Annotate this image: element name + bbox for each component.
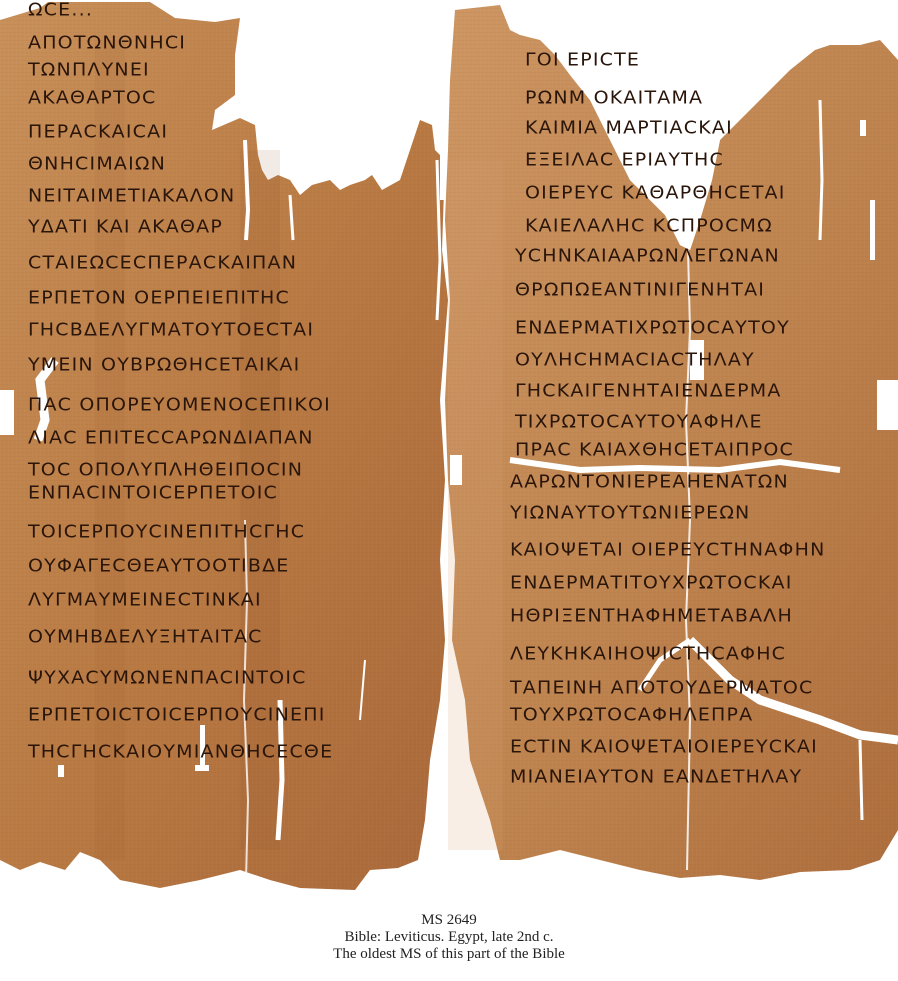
manuscript-line: ΨΥΧΑϹΥΜΩΝΕΝΠΑϹΙΝΤΟΙϹ — [28, 668, 307, 688]
manuscript-line: ΩϹΕ... — [28, 0, 93, 20]
caption-manuscript-id: MS 2649 — [0, 912, 898, 929]
manuscript-line: ΑΑΡΩΝΤΟΝΙΕΡΕΑΗΕΝΑΤΩΝ — [510, 472, 789, 492]
manuscript-line: ΚΑΙΟΨΕΤΑΙ ΟΙΕΡΕΥϹΤΗΝΑΦΗΝ — [510, 540, 825, 560]
manuscript-line: ΟΥΜΗΒΔΕΛΥΞΗΤΑΙΤΑϹ — [28, 627, 263, 647]
manuscript-line: ΠΡΑϹ ΚΑΙΑΧΘΗϹΕΤΑΙΠΡΟϹ — [515, 440, 794, 460]
manuscript-line: ΗΘΡΙΞΕΝΤΗΑΦΗΜΕΤΑΒΑΛΗ — [510, 606, 793, 626]
manuscript-line: ΛΥΓΜΑΥΜΕΙΝΕϹΤΙΝΚΑΙ — [28, 590, 262, 610]
caption-note: The oldest MS of this part of the Bible — [0, 946, 898, 963]
manuscript-line: ΓΗϹΚΑΙΓΕΝΗΤΑΙΕΝΔΕΡΜΑ — [515, 381, 782, 401]
manuscript-line: ΜΙΑΝΕΙΑΥΤΟΝ ΕΑΝΔΕΤΗΛΑΥ — [510, 767, 802, 787]
manuscript-line: ΕΡΠΕΤΟΙϹΤΟΙϹΕΡΠΟΥϹΙΝΕΠΙ — [28, 705, 326, 725]
manuscript-line: ΕϹΤΙΝ ΚΑΙΟΨΕΤΑΙΟΙΕΡΕΥϹΚΑΙ — [510, 737, 818, 757]
manuscript-line: ΕΝΔΕΡΜΑΤΙΧΡΩΤΟϹΑΥΤΟΥ — [515, 318, 790, 338]
manuscript-line: ΟΥΦΑΓΕϹΘΕΑΥΤΟΟΤΙΒΔΕ — [28, 556, 290, 576]
manuscript-line: ΤΙΧΡΩΤΟϹΑΥΤΟΥΑΦΗΛΕ — [515, 412, 763, 432]
manuscript-line: ΤΟΥΧΡΩΤΟϹΑΦΗΛΕΠΡΑ — [510, 705, 753, 725]
manuscript-line: ΟΙΕΡΕΥϹ ΚΑΘΑΡΘΗϹΕΤΑΙ — [525, 183, 786, 203]
manuscript-line: ΟΥΛΗϹΗΜΑϹΙΑϹΤΗΛΑΥ — [515, 350, 755, 370]
manuscript-line: ΥΙΩΝΑΥΤΟΥΤΩΝΙΕΡΕΩΝ — [510, 503, 750, 523]
caption-description: Bible: Leviticus. Egypt, late 2nd c. — [0, 929, 898, 946]
manuscript-line: ΚΑΙΜΙΑ ΜΑΡΤΙΑϹΚΑΙ — [525, 118, 733, 138]
manuscript-line: ΤΟϹ ΟΠΟΛΥΠΛΗΘΕΙΠΟϹΙΝ — [28, 460, 303, 480]
manuscript-line: ΤΟΙϹΕΡΠΟΥϹΙΝΕΠΙΤΗϹΓΗϹ — [28, 522, 305, 542]
manuscript-line: ΠΑϹ ΟΠΟΡΕΥΟΜΕΝΟϹΕΠΙΚΟΙ — [28, 395, 331, 415]
manuscript-line: ΤΩΝΠΛΥΝΕΙ — [28, 60, 150, 80]
manuscript-line: ΕΝΠΑϹΙΝΤΟΙϹΕΡΠΕΤΟΙϹ — [28, 483, 278, 503]
manuscript-line: ΛΕΥΚΗΚΑΙΗΟΨΙϹΤΗϹΑΦΗϹ — [510, 644, 786, 664]
manuscript-line: ΡΩΝΜ ΟΚΑΙΤΑΜΑ — [525, 88, 703, 108]
manuscript-line: ΥΔΑΤΙ ΚΑΙ ΑΚΑΘΑΡ — [28, 217, 223, 237]
manuscript-line: ΘΝΗϹΙΜΑΙΩΝ — [28, 154, 166, 174]
manuscript-line: ΘΡΩΠΩΕΑΝΤΙΝΙΓΕΝΗΤΑΙ — [515, 280, 765, 300]
manuscript-line: ΤΑΠΕΙΝΗ ΑΠΟΤΟΥΔΕΡΜΑΤΟϹ — [510, 678, 814, 698]
manuscript-line: ΠΕΡΑϹΚΑΙϹΑΙ — [28, 122, 168, 142]
manuscript-line: ΕΝΔΕΡΜΑΤΙΤΟΥΧΡΩΤΟϹΚΑΙ — [510, 573, 793, 593]
manuscript-line: ΑΚΑΘΑΡΤΟϹ — [28, 88, 157, 108]
manuscript-line: ΕΡΠΕΤΟΝ ΟΕΡΠΕΙΕΠΙΤΗϹ — [28, 288, 290, 308]
manuscript-line: ΓΟΙ ΕΡΙϹΤΕ — [525, 50, 640, 70]
manuscript-line: ΛΙΑϹ ΕΠΙΤΕϹϹΑΡΩΝΔΙΑΠΑΝ — [28, 428, 314, 448]
manuscript-line: ΕΞΕΙΛΑϹ ΕΡΙΑΥΤΗϹ — [525, 150, 724, 170]
manuscript-line: ΚΑΙΕΛΑΛΗϹ ΚϹΠΡΟϹΜΩ — [525, 216, 773, 236]
manuscript-line: ΥϹΗΝΚΑΙΑΑΡΩΝΛΕΓΩΝΑΝ — [515, 246, 780, 266]
image-caption: MS 2649 Bible: Leviticus. Egypt, late 2n… — [0, 912, 898, 963]
manuscript-line: ΤΗϹΓΗϹΚΑΙΟΥΜΙΑΝΘΗϹΕϹΘΕ — [28, 742, 333, 762]
manuscript-line: ΥΜΕΙΝ ΟΥΒΡΩΘΗϹΕΤΑΙΚΑΙ — [28, 355, 300, 375]
manuscript-line: ΑΠΟΤΩΝΘΝΗϹΙ — [28, 33, 186, 53]
manuscript-line: ΝΕΙΤΑΙΜΕΤΙΑΚΑΛΟΝ — [28, 186, 235, 206]
manuscript-line: ΓΗϹΒΔΕΛΥΓΜΑΤΟΥΤΟΕϹΤΑΙ — [28, 320, 314, 340]
manuscript-line: ϹΤΑΙΕΩϹΕϹΠΕΡΑϹΚΑΙΠΑΝ — [28, 253, 297, 273]
